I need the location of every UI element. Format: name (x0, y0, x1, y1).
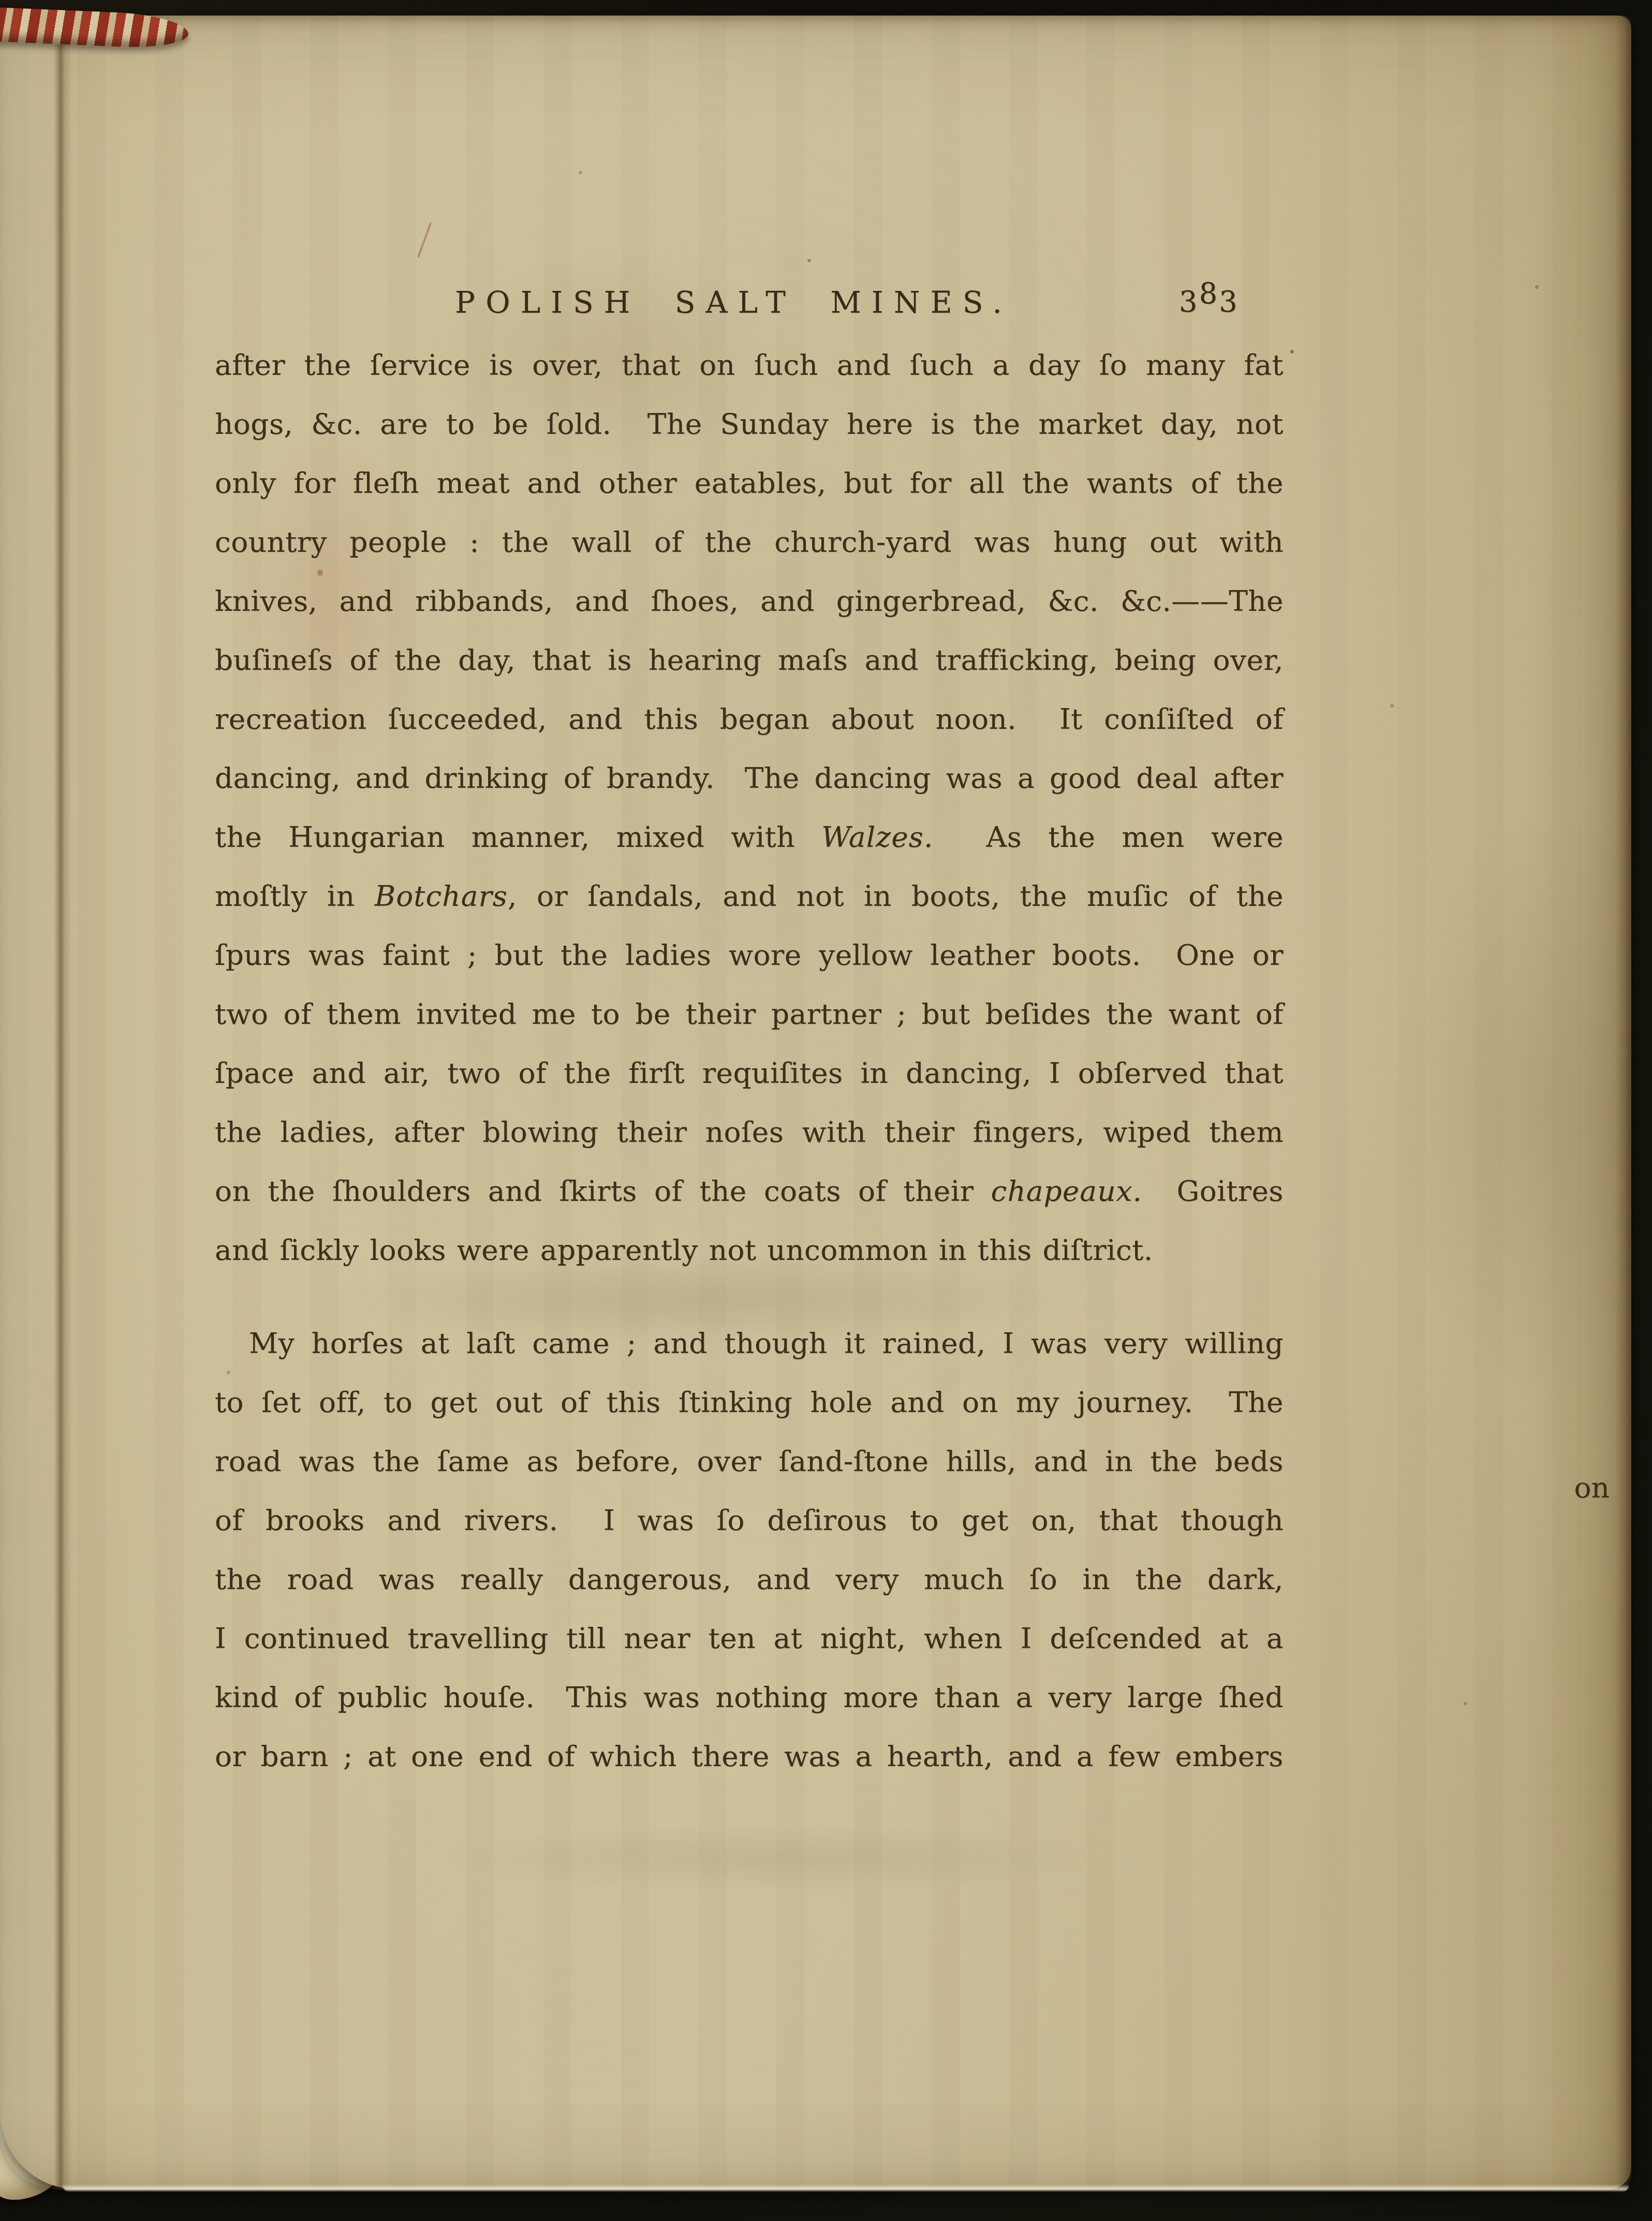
book-page: POLISH SALT MINES. 383 after the ſervice… (0, 16, 1631, 2189)
text-line: to ſet off, to get out of this ſtinking … (215, 1373, 1284, 1432)
text-block: after the ſervice is over, that on ſuch … (215, 335, 1284, 1786)
text-line: ſpace and air, two of the firſt requiſit… (215, 1043, 1284, 1102)
text-line: My horſes at laſt came ; and though it r… (215, 1314, 1284, 1373)
pen-mark (417, 222, 432, 258)
page-header: POLISH SALT MINES. 383 (215, 278, 1284, 326)
paragraph: after the ſervice is over, that on ſuch … (215, 335, 1284, 1279)
text-line: hogs, &c. are to be ſold. The Sunday her… (215, 394, 1284, 453)
text-line: kind of public houſe. This was nothing m… (215, 1668, 1284, 1727)
text-line: after the ſervice is over, that on ſuch … (215, 335, 1284, 394)
text-line: knives, and ribbands, and ſhoes, and gin… (215, 571, 1284, 630)
text-line: ſpurs was faint ; but the ladies wore ye… (215, 925, 1284, 984)
gutter-shadow (54, 16, 71, 2189)
text-line: the road was really dangerous, and very … (215, 1550, 1284, 1609)
text-line: and ſickly looks were apparently not unc… (215, 1220, 1284, 1279)
text-line: recreation ſucceeded, and this began abo… (215, 689, 1284, 748)
facing-page-margin (0, 16, 58, 2189)
text-line: buſineſs of the day, that is hearing maſ… (215, 630, 1284, 689)
text-line: on the ſhoulders and ſkirts of the coats… (215, 1161, 1284, 1220)
text-line: moſtly in Botchars, or ſandals, and not … (215, 866, 1284, 925)
text-line: the ladies, after blowing their noſes wi… (215, 1102, 1284, 1161)
text-line: two of them invited me to be their partn… (215, 984, 1284, 1043)
text-line: country people : the wall of the church-… (215, 512, 1284, 571)
page-number: 383 (1179, 278, 1239, 326)
text-line: the Hungarian manner, mixed with Walzes.… (215, 807, 1284, 866)
text-line: of brooks and rivers. I was ſo deſirous … (215, 1491, 1284, 1550)
book-photo: { "document": { "header": { "running_tit… (0, 0, 1652, 2221)
text-line: or barn ; at one end of which there was … (215, 1727, 1284, 1786)
text-line: I continued travelling till near ten at … (215, 1609, 1284, 1668)
text-line: road was the ſame as before, over ſand-ſ… (215, 1432, 1284, 1491)
page-edge-right (1616, 16, 1631, 2189)
text-line: dancing, and drinking of brandy. The dan… (215, 748, 1284, 807)
running-title: POLISH SALT MINES. (455, 278, 1012, 326)
catchword: on (1574, 1471, 1610, 1504)
text-line: only for fleſh meat and other eatables, … (215, 453, 1284, 512)
page-edge-bottom (62, 2184, 1629, 2191)
paragraph: My horſes at laſt came ; and though it r… (215, 1314, 1284, 1786)
